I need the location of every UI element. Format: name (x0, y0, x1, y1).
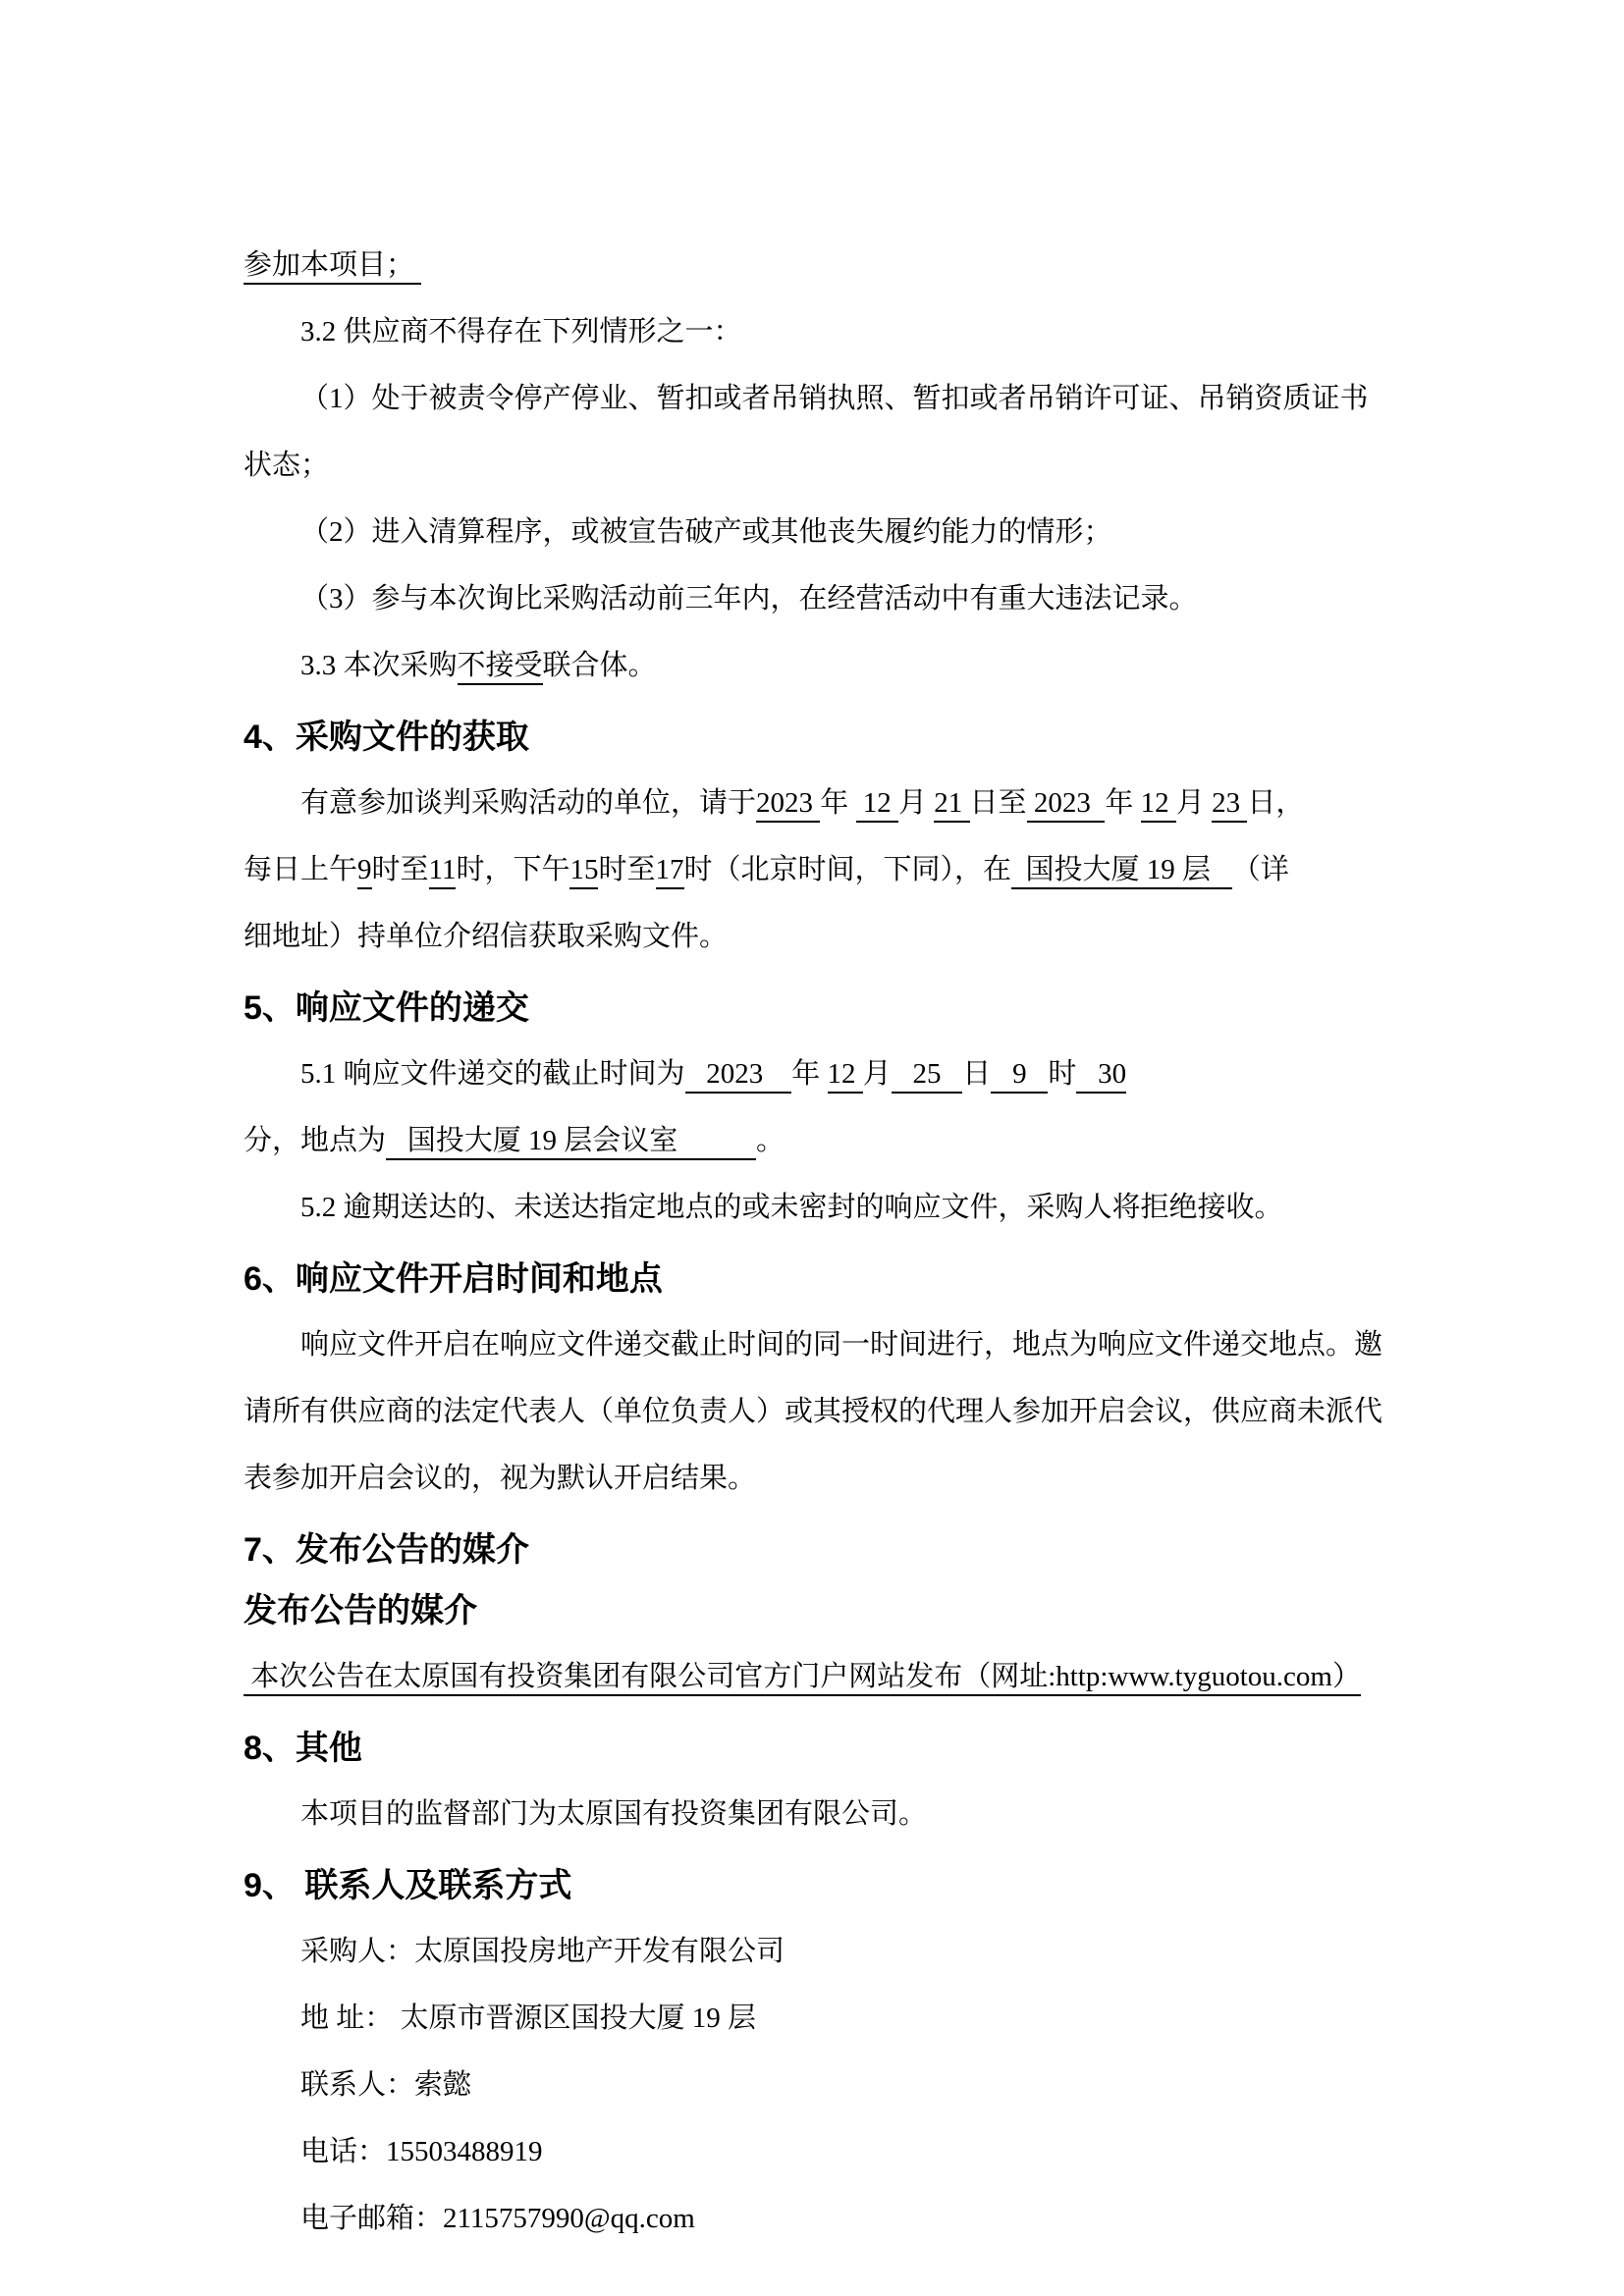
text-segment: 采购人：太原国投房地产开发有限公司 (300, 1936, 785, 1967)
text-segment: 表参加开启会议的，视为默认开启结果。 (244, 1463, 756, 1494)
text-segment: 5.2 逾期送达的、未送达指定地点的或未密封的响应文件，采购人将拒绝接收。 (300, 1192, 1283, 1223)
section-heading: 7、发布公告的媒介 (244, 1527, 1437, 1573)
underlined-text: 12 (1141, 787, 1176, 823)
document-line: 本项目的监督部门为太原国有投资集团有限公司。 (300, 1781, 1437, 1847)
text-segment: 年 (820, 787, 855, 819)
document-line: 3.2 供应商不得存在下列情形之一： (300, 298, 1437, 365)
document-line: 表参加开启会议的，视为默认开启结果。 (244, 1445, 1437, 1512)
text-segment: 发布公告的媒介 (244, 1592, 477, 1629)
text-segment: 日 (962, 1058, 991, 1090)
text-segment: 月 (898, 787, 934, 819)
text-segment: 每日上午 (244, 854, 357, 885)
underlined-text: 9 (357, 854, 372, 889)
text-segment: 月 (863, 1058, 892, 1090)
text-segment: （3）参与本次询比采购活动前三年内，在经营活动中有重大违法记录。 (300, 583, 1198, 614)
underlined-text: 9 (991, 1058, 1048, 1094)
document-line: 分，地点为 国投大厦 19 层会议室 。 (244, 1107, 1437, 1174)
underlined-text: 30 (1076, 1058, 1126, 1094)
text-segment: 日至 (970, 787, 1027, 819)
document-line: 5.2 逾期送达的、未送达指定地点的或未密封的响应文件，采购人将拒绝接收。 (300, 1174, 1437, 1241)
section-heading: 4、采购文件的获取 (244, 715, 1437, 760)
section-heading: 5、响应文件的递交 (244, 986, 1437, 1031)
text-segment: 联系人：索懿 (300, 2069, 471, 2101)
text-segment: 时至 (598, 854, 655, 885)
text-segment: 时至 (372, 854, 429, 885)
underlined-text: 17 (656, 854, 684, 889)
document-line: （1）处于被责令停产停业、暂扣或者吊销执照、暂扣或者吊销许可证、吊销资质证书 (300, 365, 1437, 432)
text-segment: 电话：15503488919 (300, 2136, 543, 2167)
document-content: 参加本项目； 3.2 供应商不得存在下列情形之一：（1）处于被责令停产停业、暂扣… (244, 232, 1437, 2252)
text-segment: 年 (791, 1058, 827, 1090)
text-segment: 时，下午 (456, 854, 569, 885)
text-segment: 5、响应文件的递交 (244, 989, 529, 1027)
document-line: （2）进入清算程序，或被宣告破产或其他丧失履约能力的情形； (300, 499, 1437, 565)
text-segment: 状态； (244, 450, 329, 481)
text-segment: 本项目的监督部门为太原国有投资集团有限公司。 (300, 1798, 927, 1830)
underlined-text: 国投大厦 19 层 (1011, 854, 1232, 889)
document-line: 3.3 本次采购不接受联合体。 (300, 632, 1437, 699)
text-segment: 时（北京时间，下同），在 (684, 854, 1012, 885)
underlined-text: 2023 (756, 787, 820, 823)
underlined-text: 不接受 (458, 650, 543, 685)
section-heading: 9、 联系人及联系方式 (244, 1863, 1437, 1908)
text-segment: 3.3 本次采购 (300, 650, 458, 681)
document-line: 请所有供应商的法定代表人（单位负责人）或其授权的代理人参加开启会议，供应商未派代 (244, 1378, 1437, 1445)
underlined-text: 2023 (1027, 787, 1106, 823)
underlined-text: 23 (1212, 787, 1247, 823)
section-heading: 6、响应文件开启时间和地点 (244, 1256, 1437, 1302)
text-segment: 9、 联系人及联系方式 (244, 1867, 571, 1904)
text-segment: 响应文件开启在响应文件递交截止时间的同一时间进行，地点为响应文件递交地点。邀 (300, 1329, 1382, 1361)
underlined-text: 国投大厦 19 层会议室 (386, 1125, 756, 1160)
text-segment: （2）进入清算程序，或被宣告破产或其他丧失履约能力的情形； (300, 516, 1112, 548)
underlined-text: 12 (828, 1058, 863, 1094)
section-heading: 发布公告的媒介 (244, 1588, 1437, 1633)
underlined-text: 25 (892, 1058, 963, 1094)
text-segment: 有意参加谈判采购活动的单位，请于 (300, 787, 756, 819)
document-line: 参加本项目； (244, 232, 1437, 298)
section-heading: 8、其他 (244, 1726, 1437, 1771)
text-segment: 联合体。 (543, 650, 657, 681)
text-segment: 请所有供应商的法定代表人（单位负责人）或其授权的代理人参加开启会议，供应商未派代 (244, 1396, 1382, 1427)
document-line: 地 址： 太原市晋源区国投大厦 19 层 (300, 1985, 1437, 2052)
document-page: 参加本项目； 3.2 供应商不得存在下列情形之一：（1）处于被责令停产停业、暂扣… (0, 0, 1624, 2296)
text-segment: 月 (1176, 787, 1212, 819)
underlined-text: 本次公告在太原国有投资集团有限公司官方门户网站发布（网址:http:www.ty… (244, 1661, 1361, 1696)
underlined-text: 2023 (685, 1058, 792, 1094)
text-segment: 年 (1105, 787, 1140, 819)
underlined-text: 21 (934, 787, 969, 823)
document-line: 每日上午9时至11时，下午15时至17时（北京时间，下同），在 国投大厦 19 … (244, 836, 1437, 903)
document-line: 状态； (244, 432, 1437, 499)
document-line: 本次公告在太原国有投资集团有限公司官方门户网站发布（网址:http:www.ty… (244, 1643, 1437, 1710)
text-segment: 7、发布公告的媒介 (244, 1531, 529, 1569)
text-segment: 电子邮箱：2115757990@qq.com (300, 2203, 695, 2234)
underlined-text: 11 (429, 854, 457, 889)
document-line: （3）参与本次询比采购活动前三年内，在经营活动中有重大违法记录。 (300, 565, 1437, 632)
text-segment: （详 (1232, 854, 1289, 885)
text-segment: 5.1 响应文件递交的截止时间为 (300, 1058, 685, 1090)
document-line: 电子邮箱：2115757990@qq.com (300, 2185, 1437, 2252)
document-line: 5.1 响应文件递交的截止时间为 2023 年 12 月 25 日 9 时 30 (300, 1041, 1437, 1107)
document-line: 采购人：太原国投房地产开发有限公司 (300, 1918, 1437, 1985)
document-line: 细地址）持单位介绍信获取采购文件。 (244, 903, 1437, 970)
text-segment: 日， (1247, 787, 1304, 819)
underlined-text: 12 (856, 787, 899, 823)
text-segment: 8、其他 (244, 1730, 362, 1767)
text-segment: 分，地点为 (244, 1125, 386, 1156)
text-segment: 。 (756, 1125, 785, 1156)
underlined-text: 参加本项目； (244, 249, 421, 285)
underlined-text: 15 (569, 854, 598, 889)
text-segment: 细地址）持单位介绍信获取采购文件。 (244, 921, 728, 952)
document-line: 电话：15503488919 (300, 2118, 1437, 2185)
text-segment: 地 址： 太原市晋源区国投大厦 19 层 (300, 2002, 756, 2034)
text-segment: 时 (1048, 1058, 1076, 1090)
text-segment: 6、响应文件开启时间和地点 (244, 1260, 663, 1298)
text-segment: （1）处于被责令停产停业、暂扣或者吊销执照、暂扣或者吊销许可证、吊销资质证书 (300, 383, 1369, 414)
document-line: 响应文件开启在响应文件递交截止时间的同一时间进行，地点为响应文件递交地点。邀 (300, 1311, 1437, 1378)
document-line: 有意参加谈判采购活动的单位，请于2023 年 12 月 21 日至 2023 年… (300, 770, 1437, 836)
text-segment: 4、采购文件的获取 (244, 719, 529, 756)
text-segment: 3.2 供应商不得存在下列情形之一： (300, 316, 742, 347)
document-line: 联系人：索懿 (300, 2052, 1437, 2118)
